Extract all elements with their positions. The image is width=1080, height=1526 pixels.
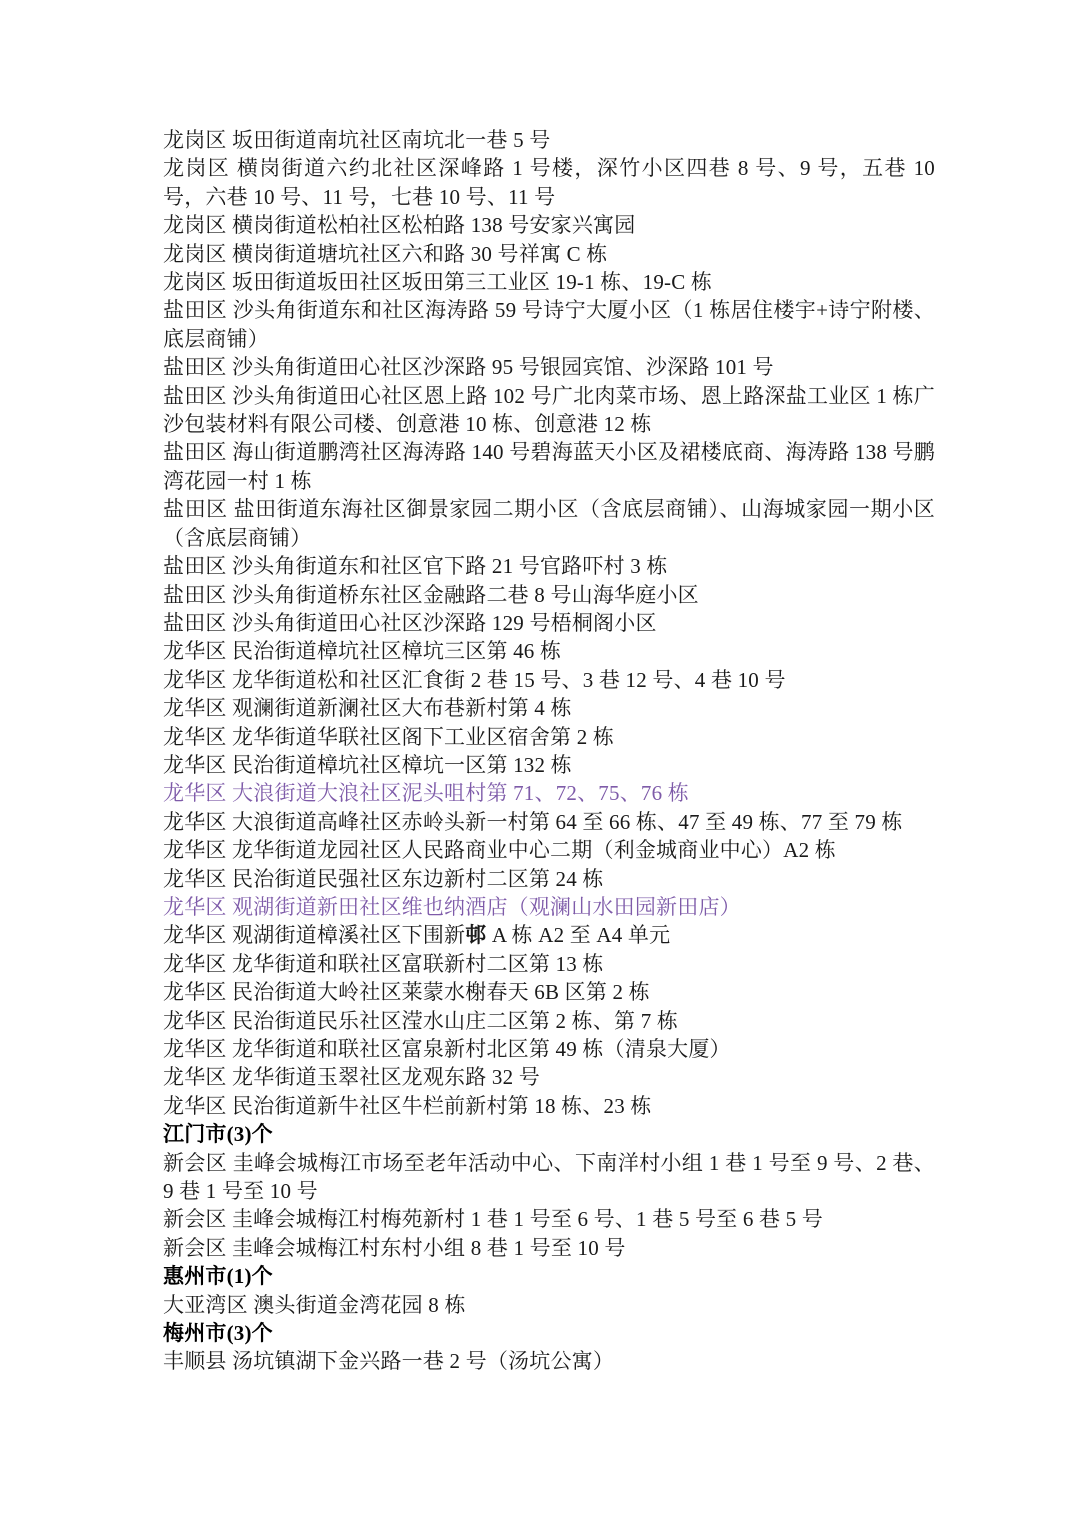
address-line: 龙华区 民治街道樟坑社区樟坑三区第 46 栋 (163, 637, 935, 665)
address-line: 盐田区 沙头角街道田心社区沙深路 95 号银园宾馆、沙深路 101 号 (163, 353, 935, 381)
address-line: 龙华区 龙华街道龙园社区人民路商业中心二期（利金城商业中心）A2 栋 (163, 836, 935, 864)
address-line: 盐田区 沙头角街道东和社区海涛路 59 号诗宁大厦小区（1 栋居住楼宇+诗宁附楼… (163, 296, 935, 353)
address-line: 龙华区 龙华街道华联社区阁下工业区宿舍第 2 栋 (163, 723, 935, 751)
address-line: 龙岗区 横岗街道六约北社区深峰路 1 号楼，深竹小区四巷 8 号、9 号，五巷 … (163, 154, 935, 211)
city-header: 江门市(3)个 (163, 1120, 935, 1148)
address-line: 龙华区 观澜街道新澜社区大布巷新村第 4 栋 (163, 694, 935, 722)
address-line: 龙岗区 坂田街道南坑社区南坑北一巷 5 号 (163, 126, 935, 154)
address-line: 龙华区 民治街道新牛社区牛栏前新村第 18 栋、23 栋 (163, 1092, 935, 1120)
address-line: 盐田区 沙头角街道田心社区沙深路 129 号梧桐阁小区 (163, 609, 935, 637)
address-line: 龙岗区 横岗街道松柏社区松柏路 138 号安家兴寓园 (163, 211, 935, 239)
address-line: 龙华区 龙华街道和联社区富泉新村北区第 49 栋（清泉大厦） (163, 1035, 935, 1063)
address-line: 盐田区 海山街道鹏湾社区海涛路 140 号碧海蓝天小区及裙楼底商、海涛路 138… (163, 438, 935, 495)
document-page: 龙岗区 坂田街道南坑社区南坑北一巷 5 号龙岗区 横岗街道六约北社区深峰路 1 … (0, 0, 1080, 1526)
address-line: 大亚湾区 澳头街道金湾花园 8 栋 (163, 1291, 935, 1319)
address-line: 龙华区 龙华街道玉翠社区龙观东路 32 号 (163, 1063, 935, 1091)
address-line: 龙华区 民治街道民强社区东边新村二区第 24 栋 (163, 865, 935, 893)
address-line: 新会区 圭峰会城梅江村东村小组 8 巷 1 号至 10 号 (163, 1234, 935, 1262)
address-line: 龙华区 观湖街道新田社区维也纳酒店（观澜山水田园新田店） (163, 893, 935, 921)
address-line: 龙岗区 横岗街道塘坑社区六和路 30 号祥寓 C 栋 (163, 240, 935, 268)
address-line: 龙华区 龙华街道和联社区富联新村二区第 13 栋 (163, 950, 935, 978)
address-line: 龙华区 大浪街道高峰社区赤岭头新一村第 64 至 66 栋、47 至 49 栋、… (163, 808, 935, 836)
address-line: 龙岗区 坂田街道坂田社区坂田第三工业区 19-1 栋、19-C 栋 (163, 268, 935, 296)
address-line: 龙华区 民治街道大岭社区莱蒙水榭春天 6B 区第 2 栋 (163, 978, 935, 1006)
address-list: 龙岗区 坂田街道南坑社区南坑北一巷 5 号龙岗区 横岗街道六约北社区深峰路 1 … (163, 126, 935, 1376)
address-line: 龙华区 大浪街道大浪社区泥头咀村第 71、72、75、76 栋 (163, 779, 935, 807)
address-line: 盐田区 盐田街道东海社区御景家园二期小区（含底层商铺）、山海城家园一期小区（含底… (163, 495, 935, 552)
city-header: 梅州市(3)个 (163, 1319, 935, 1347)
address-line: 龙华区 观湖街道樟溪社区下围新邨 A 栋 A2 至 A4 单元 (163, 921, 935, 949)
address-line: 新会区 圭峰会城梅江村梅苑新村 1 巷 1 号至 6 号、1 巷 5 号至 6 … (163, 1205, 935, 1233)
address-line: 龙华区 龙华街道松和社区汇食街 2 巷 15 号、3 巷 12 号、4 巷 10… (163, 666, 935, 694)
address-line: 丰顺县 汤坑镇湖下金兴路一巷 2 号（汤坑公寓） (163, 1347, 935, 1375)
city-header: 惠州市(1)个 (163, 1262, 935, 1290)
address-line: 盐田区 沙头角街道桥东社区金融路二巷 8 号山海华庭小区 (163, 581, 935, 609)
address-line: 新会区 圭峰会城梅江市场至老年活动中心、下南洋村小组 1 巷 1 号至 9 号、… (163, 1149, 935, 1206)
address-line: 盐田区 沙头角街道田心社区恩上路 102 号广北肉菜市场、恩上路深盐工业区 1 … (163, 382, 935, 439)
address-line: 龙华区 民治街道民乐社区滢水山庄二区第 2 栋、第 7 栋 (163, 1007, 935, 1035)
address-line: 龙华区 民治街道樟坑社区樟坑一区第 132 栋 (163, 751, 935, 779)
address-line: 盐田区 沙头角街道东和社区官下路 21 号官路吓村 3 栋 (163, 552, 935, 580)
